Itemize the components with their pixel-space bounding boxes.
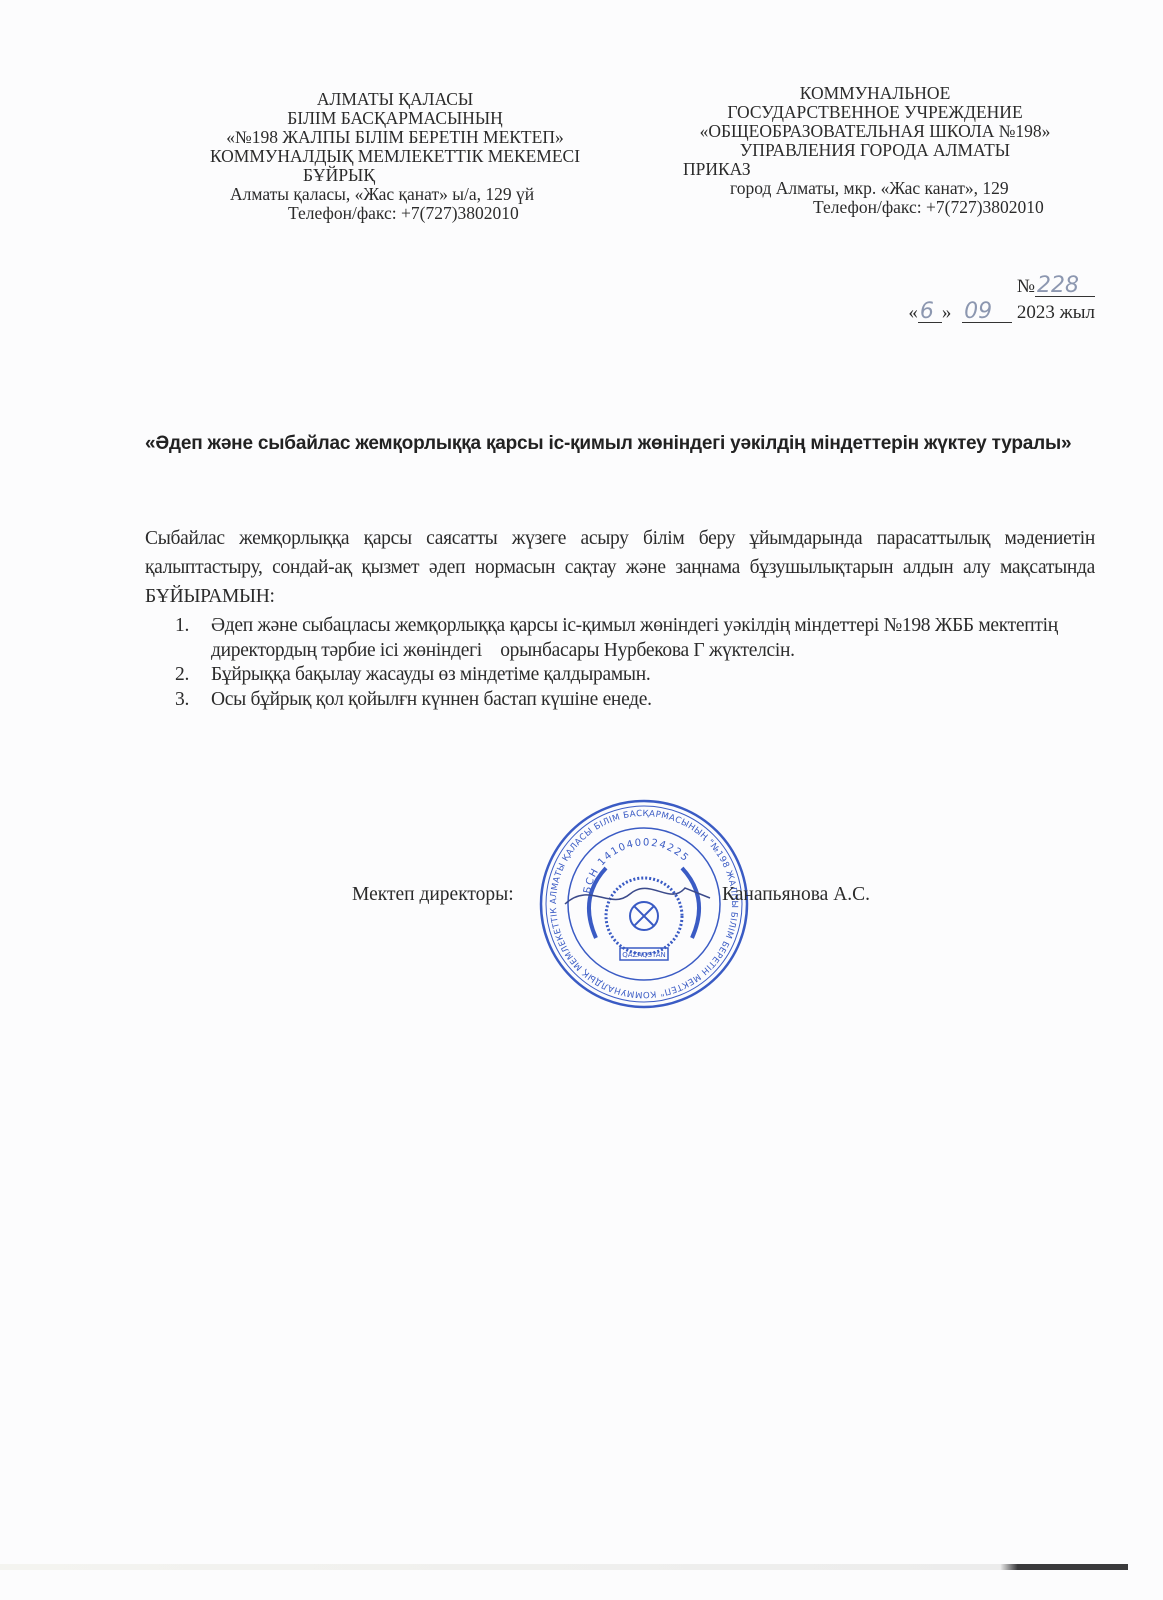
header-line: «№198 ЖАЛПЫ БІЛІМ БЕРЕТІН МЕКТЕП» (175, 128, 615, 147)
header-right-russian: КОММУНАЛЬНОЕ ГОСУДАРСТВЕННОЕ УЧРЕЖДЕНИЕ … (655, 84, 1095, 217)
order-number-value: 228 (1035, 276, 1095, 297)
header-line: «ОБЩЕОБРАЗОВАТЕЛЬНАЯ ШКОЛА №198» (655, 122, 1095, 141)
svg-text:QAZAQSTAN: QAZAQSTAN (622, 951, 665, 959)
signature-name: Канапьянова А.С. (722, 884, 870, 906)
header-phone: Телефон/факс: +7(727)3802010 (175, 204, 615, 223)
order-preamble: Сыбайлас жемқорлыққа қарсы саясатты жүзе… (145, 524, 1095, 611)
header-left-kazakh: АЛМАТЫ ҚАЛАСЫ БІЛІМ БАСҚАРМАСЫНЫҢ «№198 … (175, 90, 615, 223)
order-date: «6» 09 2023 жыл (908, 302, 1095, 324)
header-line: КОММУНАЛЬНОЕ (655, 84, 1095, 103)
header-line: АЛМАТЫ ҚАЛАСЫ (175, 90, 615, 109)
order-items: 1. Әдеп және сыбацласы жемқорлыққа қарсы… (175, 614, 1095, 712)
item-text: Осы бұйрық қол қойылғн күннен бастап күш… (211, 688, 652, 713)
header-line: ГОСУДАРСТВЕННОЕ УЧРЕЖДЕНИЕ (655, 103, 1095, 122)
date-month: 09 (962, 302, 1012, 323)
item-number: 1. (175, 614, 211, 663)
list-item: 3. Осы бұйрық қол қойылғн күннен бастап … (175, 688, 1095, 713)
order-title: «Әдеп және сыбайлас жемқорлыққа қарсы іс… (145, 428, 1095, 460)
list-item: 1. Әдеп және сыбацласы жемқорлыққа қарсы… (175, 614, 1095, 663)
item-text: Әдеп және сыбацласы жемқорлыққа қарсы іс… (211, 614, 1095, 663)
header-doc-type: БҰЙРЫҚ (175, 166, 615, 185)
handwritten-signature-icon (560, 876, 720, 916)
date-quote: » (942, 302, 952, 323)
date-quote: « (908, 302, 918, 323)
header-address: город Алматы, мкр. «Жас канат», 129 (655, 179, 1095, 198)
header-doc-type: ПРИКАЗ (655, 160, 1095, 179)
header-phone: Телефон/факс: +7(727)3802010 (655, 198, 1095, 217)
header-address: Алматы қаласы, «Жас қанат» ы/а, 129 үй (175, 185, 615, 204)
date-year: 2023 жыл (1017, 302, 1095, 323)
header-line: КОММУНАЛДЫҚ МЕМЛЕКЕТТІК МЕКЕМЕСІ (175, 147, 615, 166)
header-line: УПРАВЛЕНИЯ ГОРОДА АЛМАТЫ (655, 141, 1095, 160)
order-number: №228 (1017, 276, 1095, 298)
list-item: 2. Бұйрыққа бақылау жасауды өз міндетіме… (175, 663, 1095, 688)
header-line: БІЛІМ БАСҚАРМАСЫНЫҢ (175, 109, 615, 128)
order-number-label: № (1017, 276, 1035, 297)
document-page: АЛМАТЫ ҚАЛАСЫ БІЛІМ БАСҚАРМАСЫНЫҢ «№198 … (0, 0, 1163, 1600)
date-day: 6 (918, 302, 942, 323)
item-number: 2. (175, 663, 211, 688)
scan-edge (0, 1564, 1163, 1570)
item-text: Бұйрыққа бақылау жасауды өз міндетіме қа… (211, 663, 650, 688)
signature-role: Мектеп директоры: (352, 884, 514, 906)
item-number: 3. (175, 688, 211, 713)
